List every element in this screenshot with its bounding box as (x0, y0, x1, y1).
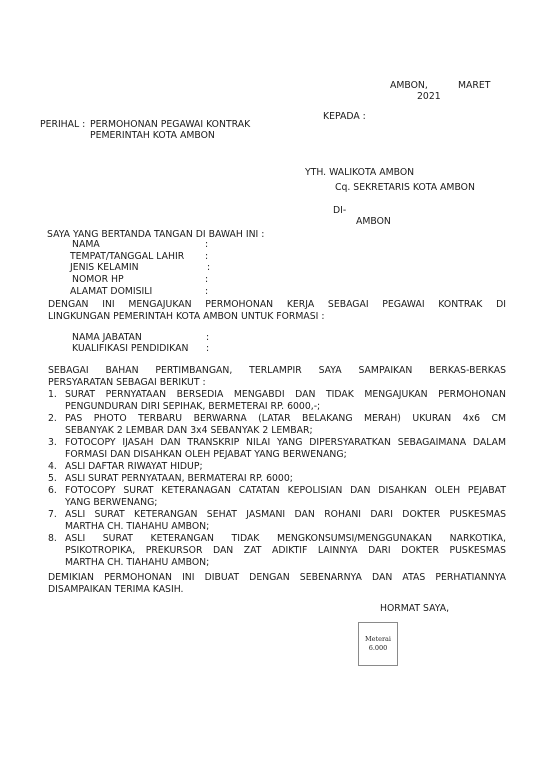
closing-line-1: DEMIKIAN PERMOHONAN INI DIBUAT DENGAN SE… (48, 572, 506, 584)
requirement-item: 3.FOTOCOPY IJASAH DAN TRANSKRIP NILAI YA… (48, 437, 506, 461)
requirement-item: 8.ASLI SURAT KETERANGAN TIDAK MENGKONSUM… (48, 533, 506, 569)
requirement-text-line: PAS PHOTO TERBARU BERWARNA (LATAR BELAKA… (65, 413, 506, 425)
requirement-number: 3. (48, 437, 57, 449)
field-colon: : (205, 239, 208, 251)
requirement-item: 2.PAS PHOTO TERBARU BERWARNA (LATAR BELA… (48, 413, 506, 437)
attachments-intro-line-1: SEBAGAI BAHAN PERTIMBANGAN, TERLAMPIR SA… (48, 365, 506, 377)
duty-stamp-box: Meterai 6.000 (358, 622, 398, 666)
requirement-text-line: MARTHA CH. TIAHAHU AMBON; (65, 557, 506, 569)
requirement-item: 7.ASLI SURAT KETERANGAN SEHAT JASMANI DA… (48, 509, 506, 533)
address-line-1: YTH. WALIKOTA AMBON (305, 167, 414, 179)
requirement-text-line: FOTOCOPY IJASAH DAN TRANSKRIP NILAI YANG… (65, 437, 506, 449)
requirement-number: 7. (48, 509, 57, 521)
field-label: NOMOR HP (72, 274, 124, 285)
application-line-2: LINGKUNGAN PEMERINTAH KOTA AMBON UNTUK F… (48, 311, 325, 323)
requirement-text-line: MARTHA CH. TIAHAHU AMBON; (65, 521, 506, 533)
requirement-text-line: ASLI DAFTAR RIWAYAT HIDUP; (65, 461, 506, 473)
personal-field-row: NAMA (72, 239, 100, 251)
personal-field-row: NOMOR HP (72, 274, 124, 286)
requirement-number: 4. (48, 461, 57, 473)
requirement-text-line: PSIKOTROPIKA, PREKURSOR DAN ZAT ADIKTIF … (65, 545, 506, 557)
requirement-text-line: FOTOCOPY SURAT KETERANAGAN CATATAN KEPOL… (65, 485, 506, 497)
field-label: TEMPAT/TANGGAL LAHIR (70, 251, 184, 262)
personal-field-row: ALAMAT DOMISILI (70, 286, 152, 298)
subject-label: PERIHAL : (40, 119, 85, 131)
field-label: JENIS KELAMIN (70, 262, 139, 273)
address-line-3: DI- (333, 205, 346, 217)
address-line-2: Cq. SEKRETARIS KOTA AMBON (335, 182, 475, 194)
requirement-item: 4.ASLI DAFTAR RIWAYAT HIDUP; (48, 461, 506, 473)
requirement-number: 6. (48, 485, 57, 497)
field-label: ALAMAT DOMISILI (70, 286, 152, 297)
attachments-intro-line-2: PERSYARATAN SEBAGAI BERIKUT : (48, 377, 206, 389)
requirement-text-line: SEBANYAK 2 LEMBAR DAN 3x4 SEBANYAK 2 LEM… (65, 425, 506, 437)
requirement-text-line: FORMASI DAN DISAHKAN OLEH PEJABAT YANG B… (65, 449, 506, 461)
signoff: HORMAT SAYA, (380, 603, 449, 615)
field-colon: : (207, 262, 210, 274)
requirement-text-line: YANG BERWENANG; (65, 497, 506, 509)
formation-field-row: KUALIFIKASI PENDIDIKAN (72, 343, 188, 355)
recipient-label: KEPADA : (323, 111, 366, 123)
subject-line-2: PEMERINTAH KOTA AMBON (90, 130, 215, 142)
application-line-1: DENGAN INI MENGAJUKAN PERMOHONAN KERJA S… (48, 299, 506, 311)
field-label: KUALIFIKASI PENDIDIKAN (72, 343, 188, 354)
field-colon: : (205, 274, 208, 286)
field-colon: : (206, 343, 209, 355)
letter-month: MARET (458, 80, 490, 92)
requirement-text-line: ASLI SURAT PERNYATAAN, BERMATERAI RP. 60… (65, 473, 506, 485)
address-line-4: AMBON (356, 216, 391, 228)
closing-line-2: DISAMPAIKAN TERIMA KASIH. (48, 584, 183, 596)
field-label: NAMA JABATAN (72, 332, 142, 343)
requirement-text-line: ASLI SURAT KETERANGAN SEHAT JASMANI DAN … (65, 509, 506, 521)
requirement-item: 1.SURAT PERNYATAAN BERSEDIA MENGABDI DAN… (48, 389, 506, 413)
requirement-item: 6.FOTOCOPY SURAT KETERANAGAN CATATAN KEP… (48, 485, 506, 509)
requirement-text-line: PENGUNDURAN DIRI SEPIHAK, BERMETERAI RP.… (65, 401, 506, 413)
field-colon: : (205, 286, 208, 298)
requirement-number: 8. (48, 533, 57, 545)
requirement-text-line: SURAT PERNYATAAN BERSEDIA MENGABDI DAN T… (65, 389, 506, 401)
field-label: NAMA (72, 239, 100, 250)
personal-field-row: JENIS KELAMIN (70, 262, 139, 274)
requirement-number: 2. (48, 413, 57, 425)
requirement-text-line: ASLI SURAT KETERANGAN TIDAK MENGKONSUMSI… (65, 533, 506, 545)
requirement-item: 5.ASLI SURAT PERNYATAAN, BERMATERAI RP. … (48, 473, 506, 485)
stamp-value: 6.000 (359, 644, 397, 653)
letter-year: 2021 (417, 91, 441, 103)
stamp-label: Meterai (359, 635, 397, 644)
requirement-number: 5. (48, 473, 57, 485)
requirement-number: 1. (48, 389, 57, 401)
